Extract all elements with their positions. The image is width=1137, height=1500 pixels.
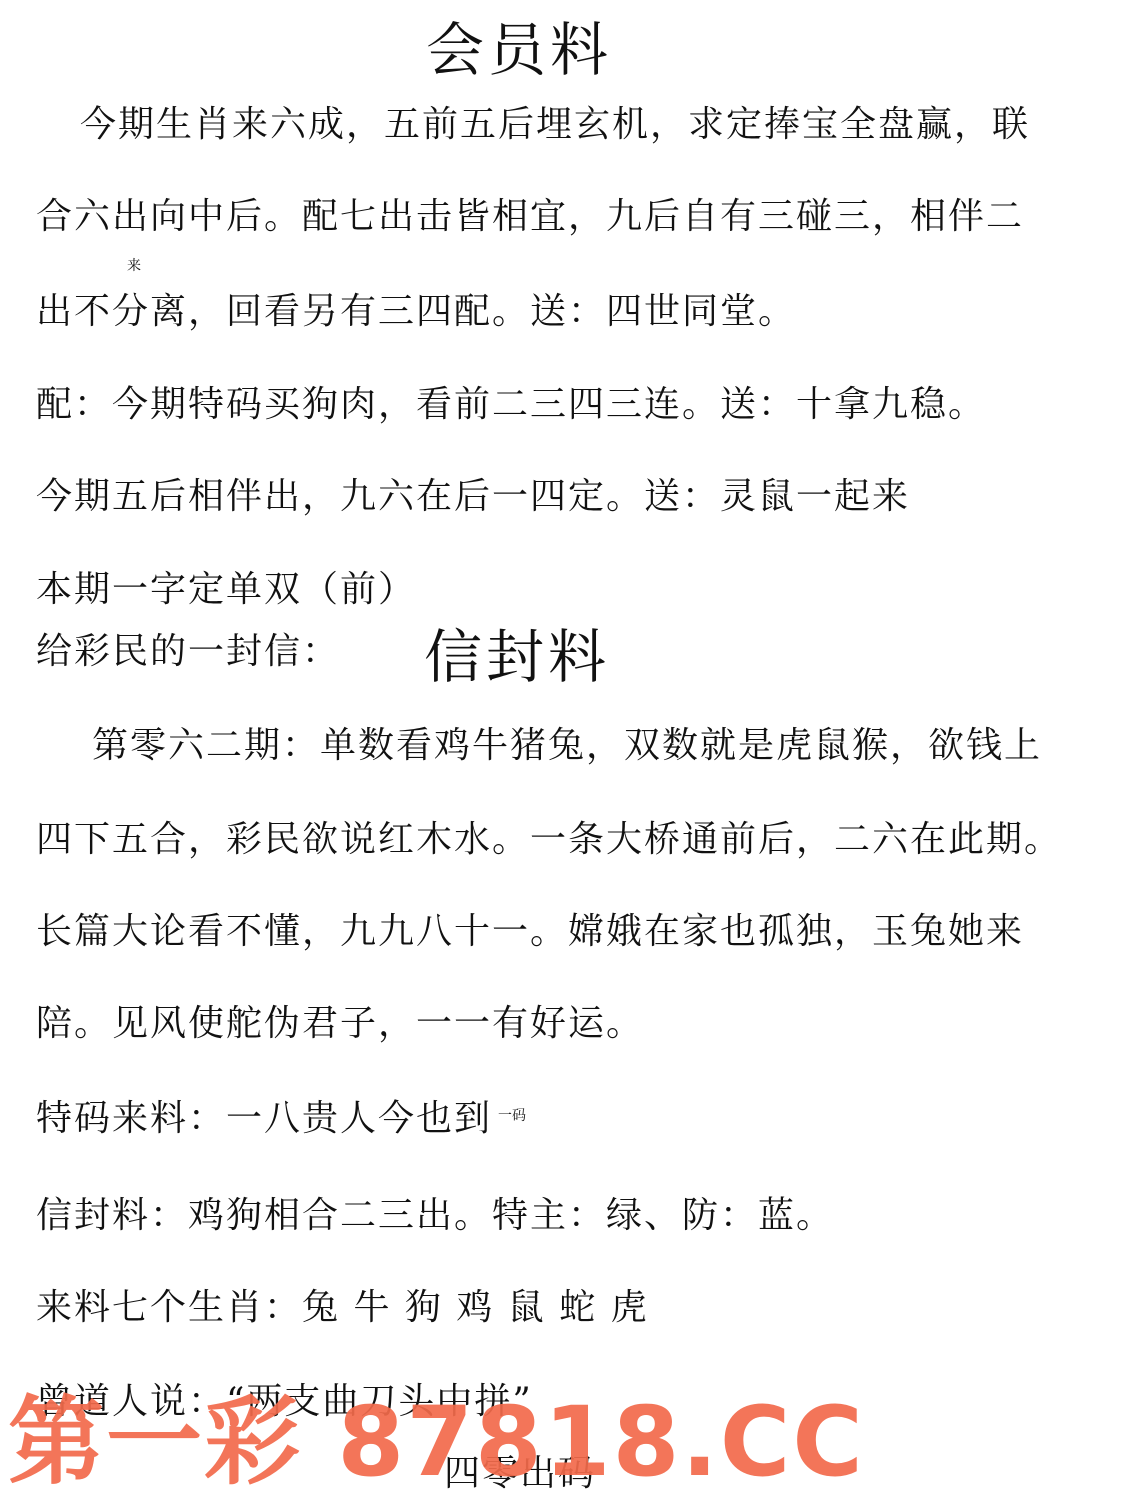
document-page: 会员料 今期生肖来六成，五前五后埋玄机，求定捧宝全盘赢，联 合六出向中后。配七出… [0, 0, 1137, 1500]
paragraph-line: 陪。见风使舵伪君子，一一有好运。 [36, 1002, 644, 1046]
zodiac-line: 来料七个生肖：兔 牛 狗 鸡 鼠 蛇 虎 [36, 1286, 649, 1330]
paragraph-line: 今期生肖来六成，五前五后埋玄机，求定捧宝全盘赢，联 [80, 103, 1030, 147]
tema-line: 特码来料：一八贵人今也到 [36, 1097, 492, 1141]
watermark: 第一彩 87818.CC [8, 1392, 865, 1492]
margin-note: 来 [127, 258, 141, 274]
section-title-envelope: 信封料 [424, 625, 610, 689]
section-title-member: 会员料 [426, 18, 612, 82]
letter-label: 给彩民的一封信： [36, 630, 340, 674]
text-line: 今期五后相伴出，九六在后一四定。送：灵鼠一起来 [36, 475, 910, 519]
paragraph-line: 四下五合，彩民欲说红木水。一条大桥通前后，二六在此期。 [36, 818, 1062, 862]
paragraph-line: 出不分离，回看另有三四配。送：四世同堂。 [36, 290, 796, 334]
xinfeng-line: 信封料：鸡狗相合二三出。特主：绿、防：蓝。 [36, 1194, 834, 1238]
paragraph-line: 长篇大论看不懂，九九八十一。嫦娥在家也孤独，玉兔她来 [36, 910, 1024, 954]
pei-line: 配：今期特码买狗肉，看前二三四三连。送：十拿九稳。 [36, 383, 986, 427]
tema-note: 一码 [498, 1108, 526, 1124]
text-line: 本期一字定单双（前） [36, 568, 416, 612]
paragraph-line: 第零六二期：单数看鸡牛猪兔，双数就是虎鼠猴，欲钱上 [92, 724, 1042, 768]
paragraph-line: 合六出向中后。配七出击皆相宜，九后自有三碰三，相伴二 [36, 195, 1024, 239]
